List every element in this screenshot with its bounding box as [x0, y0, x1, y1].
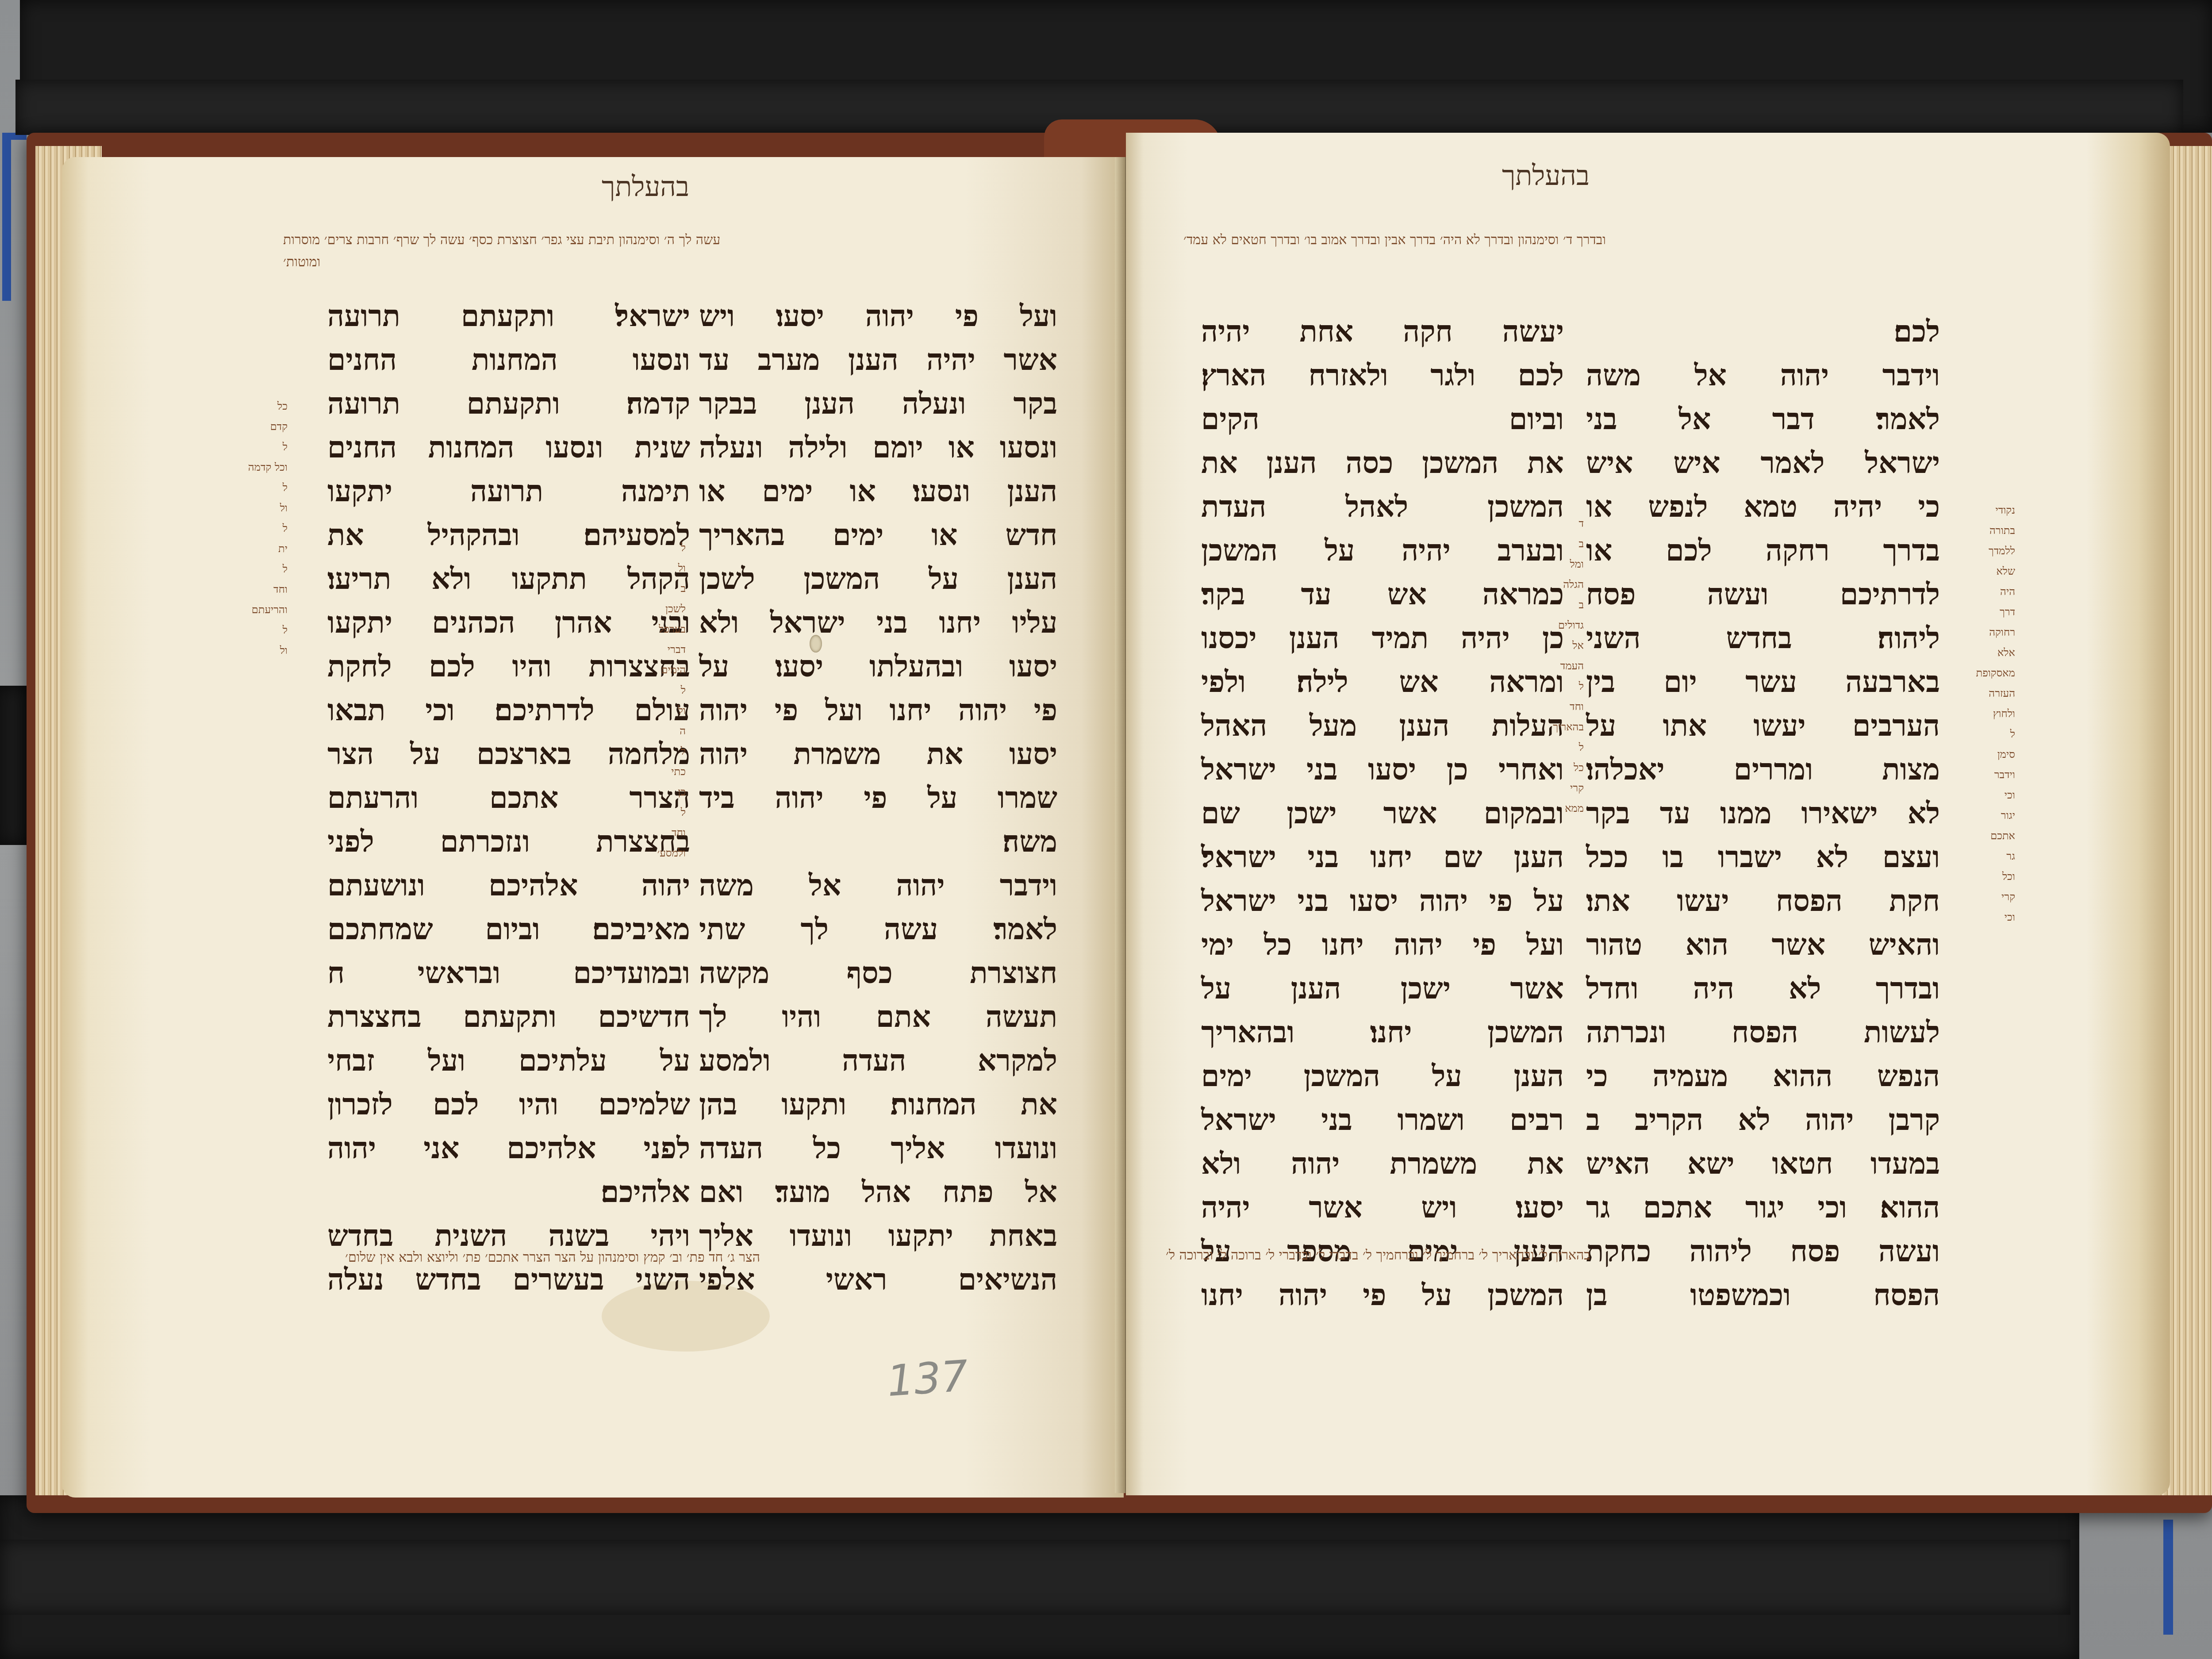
text-column-left: ישראל׃ ותקעתם תרועהונסעו המחנות החניםקדמ… — [327, 294, 690, 1302]
masora-parva-middle: דבומלהגלהבגדוליםאלהעמדלוחדבהאריךלכלקריממ… — [1535, 513, 1584, 818]
text-column-right: לכם׃וידבר יהוה אל משהלאמר׃ דבר אל בניישר… — [1586, 310, 1940, 1317]
left-page: בהעלתך עשה לך ה׳ וסימנהון תיבת עצי גפר׳ … — [62, 157, 1124, 1498]
masora-parva-middle: לולבלשכןבערפלדבריהימיםלולהלכתיכןלוחדולמס… — [637, 538, 686, 863]
masora-magna-top: ובדרך ד׳ וסימנהון ובדרך לא היה׳ בדרך אבי… — [1183, 232, 1606, 248]
right-page: בהעלתך ובדרך ד׳ וסימנהון ובדרך לא היה׳ ב… — [1126, 133, 2170, 1495]
masora-magna-top-line1: עשה לך ה׳ וסימנהון תיבת עצי גפר׳ חצוצרת … — [283, 232, 720, 248]
masora-parva-outer: כלקדםלוכל קדמהלולליתלוחדוהריעתםלול — [239, 396, 288, 661]
calibration-mark-top-left — [2, 133, 11, 301]
felt-weight-bottom-strip — [0, 1540, 2070, 1615]
masora-magna-bottom: הצר ג׳ חד פת׳ וב׳ קמץ וסימנהון על הצר הצ… — [345, 1250, 760, 1265]
text-column-right: ועל פי יהוה יסעו׃ וישאשר יהיה הענן מערב … — [699, 294, 1057, 1302]
masora-magna-bottom: בהאריך ל׳ ובהאריך ל׳ ברחמיך ל׳ וברחמיך ל… — [1166, 1248, 1590, 1263]
folio-number: 137 — [885, 1351, 970, 1406]
running-head: בהעלתך — [602, 170, 689, 203]
felt-weight-left — [0, 686, 27, 845]
text-column-left: יעשה חקה אחת יהיהלכם ולגר ולאזרח הארץ׃וב… — [1201, 310, 1564, 1317]
running-head: בהעלתך — [1502, 159, 1590, 192]
masora-magna-top-line2: ומוטות׳ — [283, 254, 320, 270]
calibration-mark-bottom-right — [2163, 1520, 2173, 1635]
masora-parva-outer: נקודיבתורהללמדךשלאהיהדרךרחוקהאלאמאסקופתה… — [1953, 500, 2015, 927]
